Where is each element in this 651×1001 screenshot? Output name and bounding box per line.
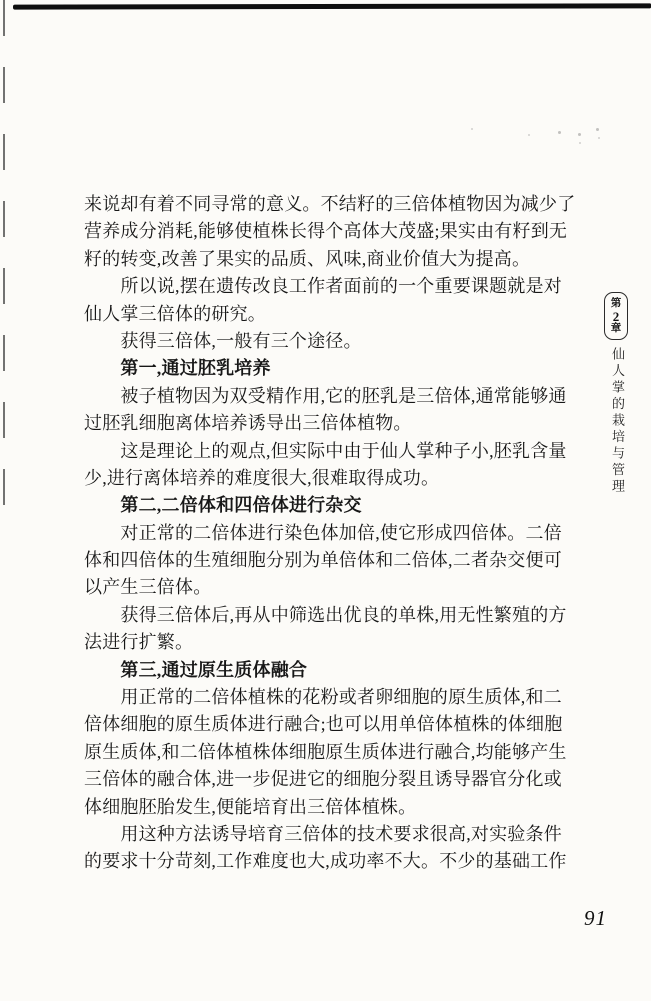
text-line-heading: 第二,二倍体和四倍体进行杂交: [84, 492, 580, 519]
text-line: 仙人掌三倍体的研究。: [84, 301, 580, 328]
text-line: 三倍体的融合体,进一步促进它的细胞分裂且诱导器官分化或: [84, 766, 580, 793]
text-line: 用正常的二倍体植株的花粉或者卵细胞的原生质体,和二: [84, 684, 580, 711]
body-text: 来说却有着不同寻常的意义。不结籽的三倍体植物因为减少了 营养成分消耗,能够使植株…: [84, 191, 580, 876]
text-line: 的要求十分苛刻,工作难度也大,成功率不大。不少的基础工作: [84, 848, 580, 875]
text-line: 用这种方法诱导培育三倍体的技术要求很高,对实验条件: [84, 821, 580, 848]
smudge-dot: [596, 128, 599, 131]
page-number: 91: [584, 906, 607, 931]
scanned-book-page: 来说却有着不同寻常的意义。不结籽的三倍体植物因为减少了 营养成分消耗,能够使植株…: [0, 0, 651, 1001]
text-line: 来说却有着不同寻常的意义。不结籽的三倍体植物因为减少了: [84, 191, 580, 218]
text-line: 少,进行离体培养的难度很大,很难取得成功。: [84, 465, 580, 492]
smudge-dot: [471, 128, 473, 130]
text-line: 营养成分消耗,能够使植株长得个高体大茂盛;果实由有籽到无: [84, 218, 580, 245]
text-line-heading: 第一,通过胚乳培养: [84, 355, 580, 382]
text-line: 法进行扩繁。: [84, 629, 580, 656]
text-line: 所以说,摆在遗传改良工作者面前的一个重要课题就是对: [84, 273, 580, 300]
text-line: 倍体细胞的原生质体进行融合;也可以用单倍体植株的体细胞: [84, 711, 580, 738]
text-line: 过胚乳细胞离体培养诱导出三倍体植物。: [84, 410, 580, 437]
chapter-tab: 第 2 章: [604, 292, 628, 340]
text-line: 被子植物因为双受精作用,它的胚乳是三倍体,通常能够通: [84, 383, 580, 410]
text-line: 获得三倍体后,再从中筛选出优良的单株,用无性繁殖的方: [84, 602, 580, 629]
chapter-tab-number: 2: [613, 310, 620, 323]
text-line: 体细胞胚胎发生,便能培育出三倍体植株。: [84, 794, 580, 821]
chapter-tab-char-bottom: 章: [611, 323, 622, 335]
smudge-dot: [579, 142, 581, 144]
chapter-title-vertical: 仙人掌的栽培与管理: [608, 347, 627, 496]
smudge-dot: [528, 134, 530, 136]
text-line: 籽的转变,改善了果实的品质、风味,商业价值大为提高。: [84, 246, 580, 273]
text-line: 对正常的二倍体进行染色体加倍,使它形成四倍体。二倍: [84, 520, 580, 547]
text-line-heading: 第三,通过原生质体融合: [84, 657, 580, 684]
smudge-dot: [558, 131, 561, 134]
smudge-dot: [598, 137, 600, 139]
chapter-tab-char-top: 第: [611, 298, 622, 310]
scan-left-edge-dashes: [3, 0, 5, 530]
text-line: 体和四倍体的生殖细胞分别为单倍体和二倍体,二者杂交便可: [84, 547, 580, 574]
text-line: 获得三倍体,一般有三个途径。: [84, 328, 580, 355]
scan-top-edge-artifact: [13, 3, 651, 9]
text-line: 原生质体,和二倍体植株体细胞原生质体进行融合,均能够产生: [84, 739, 580, 766]
text-line: 以产生三倍体。: [84, 574, 580, 601]
smudge-dot: [578, 133, 581, 136]
text-line: 这是理论上的观点,但实际中由于仙人掌种子小,胚乳含量: [84, 438, 580, 465]
